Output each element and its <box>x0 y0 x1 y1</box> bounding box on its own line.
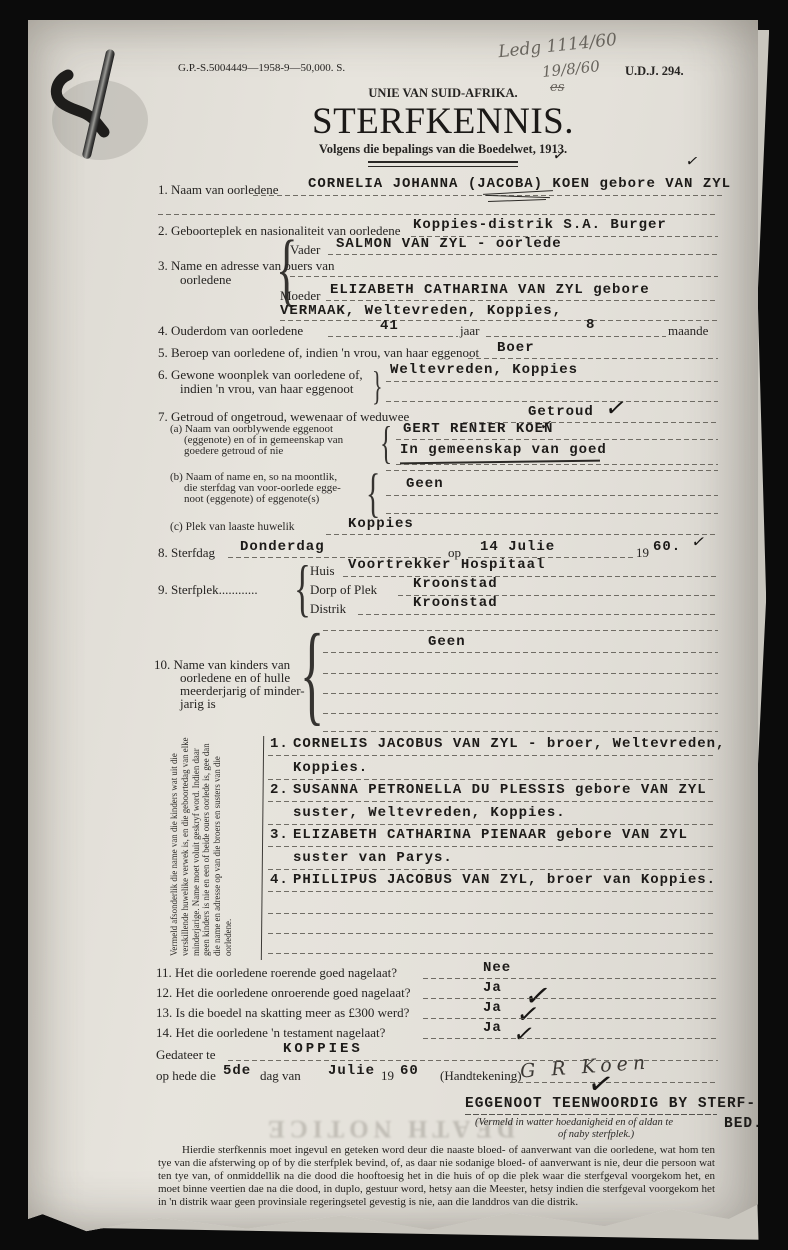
q3-vader-value: SALMON VAN ZYL - oorlede <box>336 236 562 252</box>
q4-months-value: 8 <box>586 317 595 333</box>
spouse-note-line2: of naby sterfplek.) <box>558 1129 634 1140</box>
checkmark: ✓ <box>551 147 567 163</box>
dated-month-value: Julie <box>328 1063 375 1079</box>
q12-label: 12. Het die oorledene onroerende goed na… <box>156 985 410 1001</box>
q7-value: Getroud <box>528 404 594 420</box>
q8-date-value: 14 Julie <box>480 539 555 555</box>
fill-line <box>423 1038 718 1039</box>
fill-line <box>268 779 716 780</box>
fill-line <box>268 913 716 914</box>
q10-label4: jarig is <box>180 696 216 712</box>
dagvan-label: dag van <box>260 1068 301 1084</box>
q8-year-value: 60. <box>653 539 681 555</box>
q14-value: Ja <box>483 1020 502 1036</box>
brace: { <box>294 556 311 620</box>
q4-years-value: 41 <box>380 318 399 334</box>
double-rule <box>368 161 518 167</box>
q1-value: CORNELIA JOHANNA (JACOBA) KOEN gebore VA… <box>308 176 731 192</box>
dated-year-value: 60 <box>400 1063 419 1079</box>
fill-line <box>386 495 718 496</box>
fill-line <box>268 953 716 954</box>
relative-line: SUSANNA PETRONELLA DU PLESSIS gebore VAN… <box>293 782 707 798</box>
q9-huis-label: Huis <box>310 563 335 579</box>
checkmark: ✓ <box>690 533 707 550</box>
fill-line <box>423 998 718 999</box>
relative-line: ELIZABETH CATHARINA PIENAAR gebore VAN Z… <box>293 827 688 843</box>
fill-line <box>386 513 718 514</box>
gedateer-label: Gedateer te <box>156 1047 216 1063</box>
q10-value: Geen <box>428 634 466 650</box>
relative-num: 3. <box>270 827 289 843</box>
form-number: U.D.J. 294. <box>625 64 684 79</box>
signature: G R Koen <box>519 1051 650 1082</box>
paper-fastener <box>38 40 158 180</box>
fill-line <box>423 978 718 979</box>
relative-line: Koppies. <box>293 760 368 776</box>
relatives-bracket <box>261 736 264 960</box>
q13-value: Ja <box>483 1000 502 1016</box>
q8-label: 8. Sterfdag <box>158 545 215 561</box>
fill-line <box>323 713 718 714</box>
q5-label: 5. Beroep van oorledene of, indien 'n vr… <box>158 345 479 361</box>
fill-line <box>396 439 718 440</box>
photographed-document: { "header": { "print_code": "G.P.-S.5004… <box>0 0 788 1250</box>
fill-line <box>328 254 718 255</box>
q6-label2: indien 'n vrou, van haar eggenoot <box>180 381 353 397</box>
fill-line <box>386 381 718 382</box>
country-heading: UNIE VAN SUID-AFRIKA. <box>368 86 517 101</box>
scribble-stroke <box>488 199 546 202</box>
q7c-label: (c) Plek van laaste huwelik <box>170 522 295 533</box>
q3-moeder-value2: VERMAAK, Weltevreden, Koppies, <box>280 303 562 319</box>
fill-line <box>280 320 718 321</box>
fill-line <box>326 534 718 535</box>
q12-value: Ja <box>483 980 502 996</box>
checkmark: ✓ <box>684 153 700 169</box>
dated-place-value: KOPPIES <box>283 1041 363 1057</box>
q7a-label3: goedere getroud of nie <box>184 446 283 457</box>
q7b-value: Geen <box>406 476 444 492</box>
fill-line <box>268 891 716 892</box>
fill-line <box>323 731 718 732</box>
fill-line <box>268 869 716 870</box>
q9-dorp-label: Dorp of Plek <box>310 582 377 598</box>
checkmark: ✓ <box>604 395 629 421</box>
brace: { <box>380 420 392 466</box>
dated-prefix-label: op hede die <box>156 1068 216 1084</box>
spouse-note-line1: (Vermeld in watter hoedanigheid en of al… <box>475 1117 673 1128</box>
q9-huis-value: Voortrekker Hospitaal <box>348 557 545 573</box>
handwritten-date-ref: 19/8/60 <box>541 57 600 81</box>
fill-line <box>396 464 718 465</box>
q14-label: 14. Het die oorledene 'n testament nagel… <box>156 1025 385 1041</box>
q3-moeder-value1: ELIZABETH CATHARINA VAN ZYL gebore <box>330 282 650 298</box>
q6-value: Weltevreden, Koppies <box>390 362 578 378</box>
fill-line <box>386 401 718 402</box>
q7a-value2: In gemeenskap van goed <box>400 442 607 458</box>
print-code: G.P.-S.5004449—1958-9—50,000. S. <box>178 62 345 74</box>
q9-distrik-value: Kroonstad <box>413 595 498 611</box>
fill-line <box>328 336 458 337</box>
brace: { <box>300 618 324 730</box>
death-notice-form: G.P.-S.5004449—1958-9—50,000. S. U.D.J. … <box>28 20 758 1236</box>
footer-instructions: Hierdie sterfkennis moet ingevul en gete… <box>158 1144 715 1209</box>
q7c-value: Koppies <box>348 516 414 532</box>
q3-moeder-label: Moeder <box>280 288 320 304</box>
fill-line <box>358 614 718 615</box>
relative-line: PHILLIPUS JACOBUS VAN ZYL, broer van Kop… <box>293 872 716 888</box>
fill-line <box>268 755 716 756</box>
fill-line <box>323 652 718 653</box>
q9-dorp-value: Kroonstad <box>413 576 498 592</box>
fill-line <box>268 801 716 802</box>
q4-jaar-label: jaar <box>460 323 479 339</box>
fill-line <box>323 693 718 694</box>
q11-label: 11. Het die oorledene roerende goed nage… <box>156 965 397 981</box>
relative-line: suster van Parys. <box>293 850 453 866</box>
checkmark: ✓ <box>512 1021 537 1047</box>
brace: } <box>372 366 383 406</box>
q4-maande-label: maande <box>668 323 708 339</box>
form-subtitle: Volgens die bepalings van die Boedelwet,… <box>319 142 567 157</box>
fill-line <box>158 214 718 215</box>
form-title: STERFKENNIS. <box>312 100 574 143</box>
q4-label: 4. Ouderdom van oorledene <box>158 323 303 339</box>
fill-line <box>468 358 718 359</box>
handwritten-initials: es <box>550 80 564 95</box>
q2-value: Koppies-distrik S.A. Burger <box>413 217 667 233</box>
fill-line <box>423 1018 718 1019</box>
q5-value: Boer <box>497 340 535 356</box>
relative-line: CORNELIS JACOBUS VAN ZYL - broer, Weltev… <box>293 736 725 752</box>
q9-label: 9. Sterfplek............ <box>158 582 258 598</box>
relative-num: 1. <box>270 736 289 752</box>
fill-line <box>343 576 718 577</box>
q3-vader-label: Vader <box>290 242 320 258</box>
relative-line: suster, Weltevreden, Koppies. <box>293 805 566 821</box>
q8-day-value: Donderdag <box>240 539 325 555</box>
fill-line <box>323 630 718 631</box>
q7b-label3: noot (eggenote) of eggenote(s) <box>184 494 319 505</box>
spouse-present-line1: EGGENOOT TEENWOORDIG BY STERF- <box>465 1096 756 1112</box>
q8-year-prefix: 19 <box>636 545 649 561</box>
fill-line <box>290 276 718 277</box>
relative-num: 2. <box>270 782 289 798</box>
fill-line <box>268 824 716 825</box>
children-instruction-note: Vermeld afsonderlik die name van die kin… <box>169 736 261 956</box>
spouse-present-line2: BED. <box>724 1116 763 1132</box>
underline <box>465 1114 717 1115</box>
q3-label2: oorledene <box>180 272 231 288</box>
fill-line <box>323 673 718 674</box>
fill-line <box>268 846 716 847</box>
handwritten-ledger-ref: Ledg 1114/60 <box>497 30 618 62</box>
q11-value: Nee <box>483 960 511 976</box>
relative-num: 4. <box>270 872 289 888</box>
brace: { <box>366 466 380 520</box>
dated-year-prefix: 19 <box>381 1068 394 1084</box>
fill-line <box>326 300 718 301</box>
fill-line <box>386 470 718 471</box>
fill-line <box>486 336 666 337</box>
q13-label: 13. Is die boedel na skatting meer as £3… <box>156 1005 409 1021</box>
q7a-value1: GERT RENIER KOEN <box>403 421 553 437</box>
dated-day-value: 5de <box>223 1063 251 1079</box>
fill-line <box>268 933 716 934</box>
